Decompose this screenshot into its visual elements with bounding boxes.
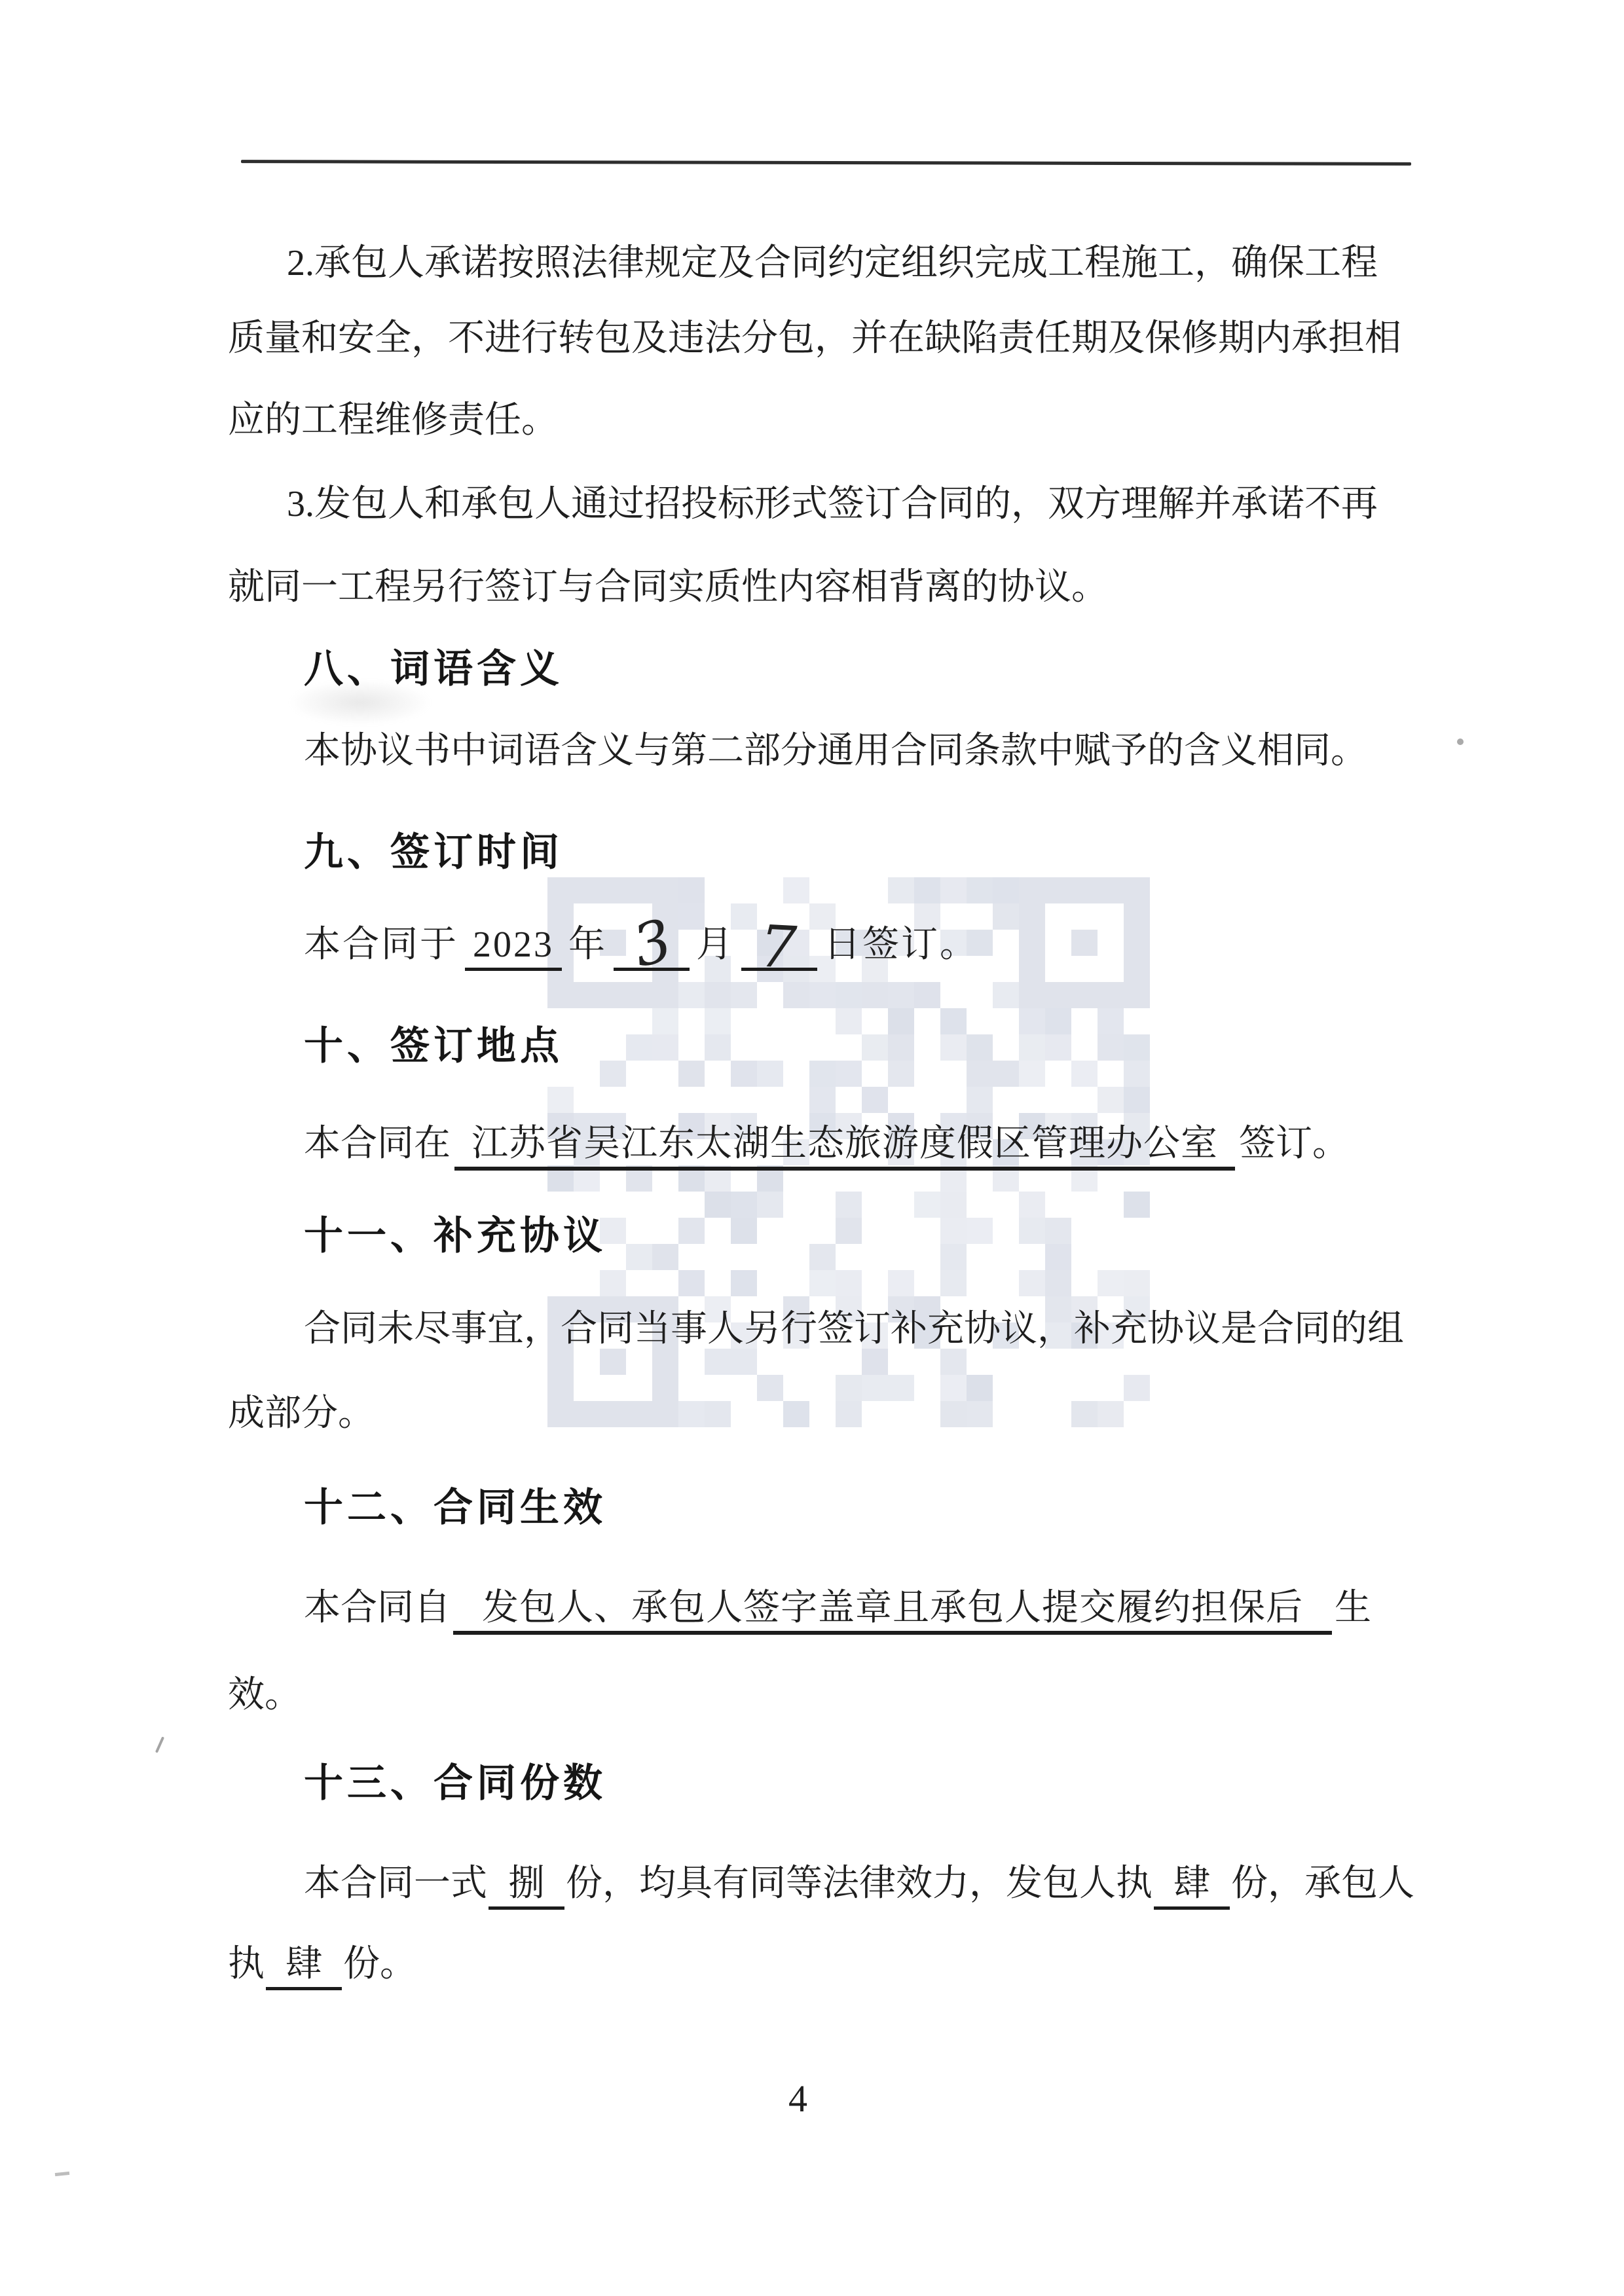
header-rule [241,160,1411,166]
year-value: 2023 [473,924,554,965]
place-prefix: 本合同在 [304,1123,451,1164]
month-label: 月 [696,924,735,965]
scan-speck-tick [155,1736,164,1753]
copies-total-value: 捌 [508,1863,545,1904]
clause3-line2: 就同一工程另行签订与合同实质性内容相背离的协议。 [228,564,1108,610]
year-label: 年 [568,924,607,965]
section12-effect-line: 本合同自发包人、承包人签字盖章且承包人提交履约担保后生 [304,1585,1371,1635]
place-suffix: 签订。 [1239,1123,1349,1164]
clause2-line1: 2.承包人承诺按照法律规定及合同约定组织完成工程施工，确保工程 [287,240,1378,286]
section12-line2: 效。 [228,1672,301,1718]
place-blank: 江苏省吴江东太湖生态旅游度假区管理办公室 [454,1121,1235,1171]
place-value: 江苏省吴江东太湖生态旅游度假区管理办公室 [471,1123,1218,1164]
clause3-line1: 3.发包人和承包人通过招投标形式签订合同的，双方理解并承诺不再 [287,481,1378,527]
copies-total-blank: 捌 [489,1861,564,1910]
copies-mid1: 份，均具有同等法律效力，发包人执 [566,1863,1153,1904]
employer-copies-blank: 肆 [1154,1861,1230,1910]
date-prefix: 本合同于 [304,924,458,965]
section10-heading: 十、签订地点 [304,1021,563,1070]
employer-copies-value: 肆 [1173,1863,1210,1904]
copies-mid2: 份，承包人 [1231,1863,1414,1904]
effect-prefix: 本合同自 [304,1588,451,1628]
year-blank: 2023 [465,922,562,971]
copies-line2-suffix: 份。 [343,1944,416,1984]
section9-heading: 九、签订时间 [304,828,563,877]
section13-copies-line1: 本合同一式捌份，均具有同等法律效力，发包人执肆份，承包人 [304,1861,1414,1910]
scan-speck-dot [1457,738,1464,745]
section11-heading: 十一、补充协议 [304,1211,606,1260]
section10-place-line: 本合同在江苏省吴江东太湖生态旅游度假区管理办公室签订。 [304,1121,1349,1171]
day-blank: 7 [741,922,817,971]
contractor-copies-blank: 肆 [266,1941,342,1990]
clause2-line3: 应的工程维修责任。 [228,397,558,443]
section12-heading: 十二、合同生效 [304,1483,606,1532]
page-number: 4 [788,2077,807,2121]
contract-page: 2.承包人承诺按照法律规定及合同约定组织完成工程施工，确保工程 质量和安全，不进… [0,0,1624,2296]
section8-body: 本协议书中词语含义与第二部分通用合同条款中赋予的含义相同。 [304,728,1367,774]
clause2-line2: 质量和安全，不进行转包及违法分包，并在缺陷责任期及保修期内承担相 [228,316,1401,361]
scan-speck-dash [55,2172,69,2176]
contractor-copies-value: 肆 [286,1944,322,1984]
handwritten-month: 3 [635,939,672,948]
effect-suffix: 生 [1335,1588,1371,1628]
section9-date-line: 本合同于2023年3月7日签订。 [304,922,978,971]
copies-line2-prefix: 执 [228,1944,265,1984]
effect-value: 发包人、承包人签字盖章且承包人提交履约担保后 [482,1588,1303,1628]
handwritten-day: 7 [760,946,798,948]
effect-blank: 发包人、承包人签字盖章且承包人提交履约担保后 [453,1585,1332,1635]
month-blank: 3 [614,922,690,971]
date-suffix: 日签订。 [824,924,978,965]
section11-line2: 成部分。 [228,1391,375,1436]
section13-copies-line2: 执肆份。 [228,1941,416,1990]
section13-heading: 十三、合同份数 [304,1758,606,1808]
copies-prefix: 本合同一式 [304,1863,487,1904]
section11-line1: 合同未尽事宜，合同当事人另行签订补充协议，补充协议是合同的组 [304,1306,1404,1352]
section8-heading: 八、词语含义 [304,644,563,693]
